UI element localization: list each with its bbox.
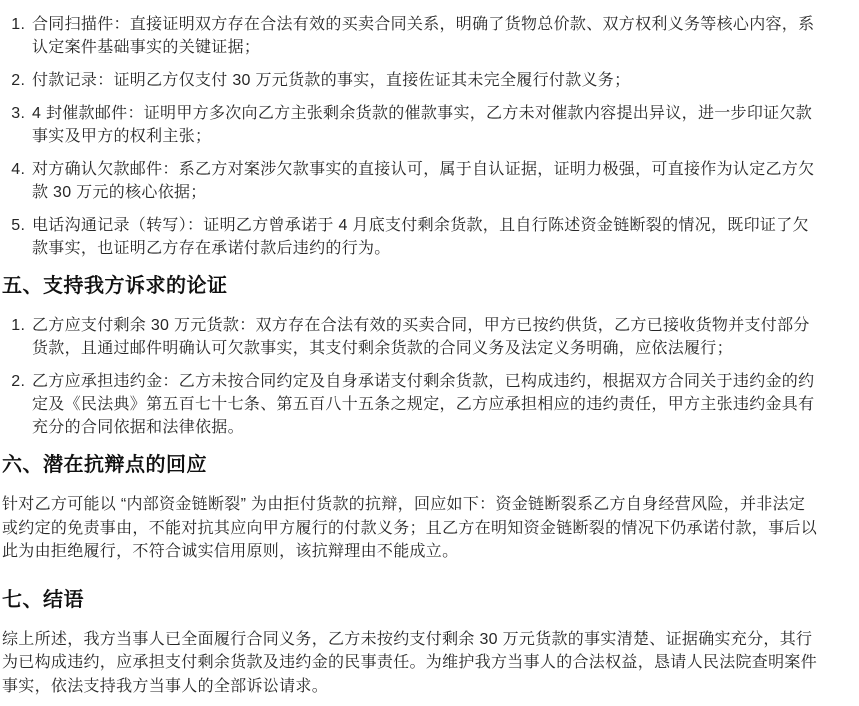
- evidence-item-2: 付款记录：证明乙方仅支付 30 万元货款的事实，直接佐证其未完全履行付款义务；: [30, 69, 820, 92]
- evidence-item-3: 4 封催款邮件：证明甲方多次向乙方主张剩余货款的催款事实，乙方未对催款内容提出异…: [30, 102, 820, 148]
- legal-document: 合同扫描件：直接证明双方存在合法有效的买卖合同关系，明确了货物总价款、双方权利义…: [0, 0, 826, 706]
- section-seven-heading: 七、结语: [2, 586, 820, 614]
- argument-item-2: 乙方应承担违约金：乙方未按合同约定及自身承诺支付剩余货款，已构成违约，根据双方合…: [30, 370, 820, 439]
- argument-item-1: 乙方应支付剩余 30 万元货款：双方存在合法有效的买卖合同，甲方已按约供货，乙方…: [30, 314, 820, 360]
- evidence-item-1: 合同扫描件：直接证明双方存在合法有效的买卖合同关系，明确了货物总价款、双方权利义…: [30, 13, 820, 59]
- argument-list: 乙方应支付剩余 30 万元货款：双方存在合法有效的买卖合同，甲方已按约供货，乙方…: [2, 314, 820, 439]
- section-six-paragraph: 针对乙方可能以 “内部资金链断裂” 为由拒付货款的抗辩，回应如下：资金链断裂系乙…: [2, 493, 820, 564]
- section-five-heading: 五、支持我方诉求的论证: [2, 272, 820, 300]
- section-six-heading: 六、潜在抗辩点的回应: [2, 451, 820, 479]
- evidence-item-4: 对方确认欠款邮件：系乙方对案涉欠款事实的直接认可，属于自认证据，证明力极强，可直…: [30, 158, 820, 204]
- section-seven-paragraph: 综上所述，我方当事人已全面履行合同义务，乙方未按约支付剩余 30 万元货款的事实…: [2, 628, 820, 699]
- evidence-item-5: 电话沟通记录（转写）：证明乙方曾承诺于 4 月底支付剩余货款，且自行陈述资金链断…: [30, 214, 820, 260]
- evidence-list: 合同扫描件：直接证明双方存在合法有效的买卖合同关系，明确了货物总价款、双方权利义…: [2, 13, 820, 260]
